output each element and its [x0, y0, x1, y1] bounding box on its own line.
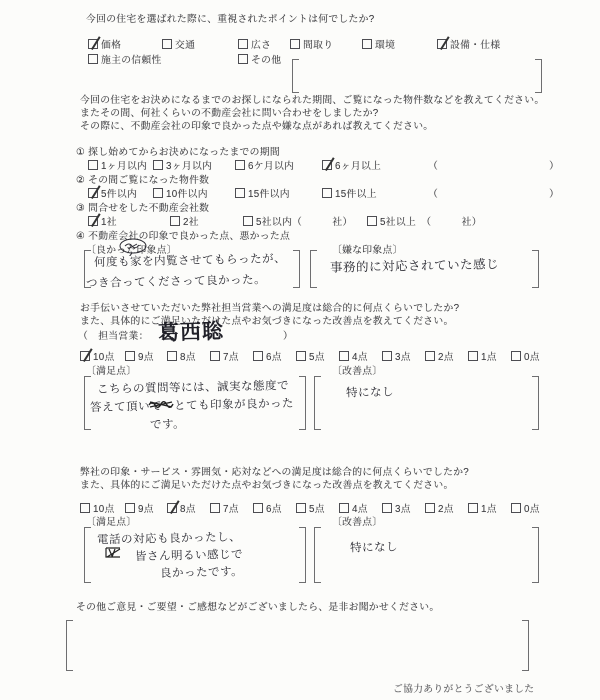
score-label: 8点 [180, 504, 196, 515]
checkbox-icon[interactable] [162, 39, 172, 49]
intro-line: お手伝いさせていただいた弊社担当営業への満足度は総合的に何点くらいでしたか? [80, 300, 459, 314]
option-label: 6ヶ月以上 [335, 161, 381, 172]
score-label: 3点 [395, 352, 411, 363]
option-price[interactable]: 価格 [88, 37, 121, 51]
score-label: 2点 [438, 504, 454, 515]
score-4[interactable]: 4点 [339, 349, 368, 363]
score-9[interactable]: 9点 [125, 349, 154, 363]
score-5[interactable]: 5点 [296, 349, 325, 363]
option-label: 間取り [303, 40, 333, 51]
checkbox-icon[interactable] [253, 351, 263, 361]
fill-in-paren: （ ） [428, 186, 559, 200]
score-label: 10点 [93, 352, 115, 363]
checkbox-icon[interactable] [382, 503, 392, 513]
thanks-note: ご協力ありがとうございました [393, 681, 534, 695]
option-2companies[interactable]: 2社 [170, 214, 199, 228]
other-comment-box[interactable] [292, 59, 542, 93]
intro-line: またその間、何社くらいの不動産会社に問い合わせをしましたか? [80, 105, 379, 119]
handwritten-satisfaction: です。 [150, 416, 185, 433]
survey-scan-page: 今回の住宅を選ばれた際に、重視されたポイントは何でしたか? 価格 交通 広さ 間… [0, 0, 600, 700]
handwritten-satisfaction: 電話の対応も良かったし、 [97, 528, 241, 547]
score-label: 7点 [223, 504, 239, 515]
score-label: 3点 [395, 504, 411, 515]
checkbox-icon[interactable] [167, 503, 177, 513]
checkbox-icon[interactable] [210, 503, 220, 513]
checkbox-icon[interactable] [170, 216, 180, 226]
inserted-note-scribble [118, 238, 148, 256]
score-2[interactable]: 2点 [425, 501, 454, 515]
option-10properties[interactable]: 10件以内 [153, 186, 208, 200]
question-housing-points: 今回の住宅を選ばれた際に、重視されたポイントは何でしたか? [86, 11, 374, 25]
option-3months[interactable]: 3ヶ月以内 [153, 158, 212, 172]
score-3[interactable]: 3点 [382, 349, 411, 363]
handwritten-satisfaction: 皆さん明るい感じで [135, 546, 243, 564]
satisfaction-label: 〔満足点〕 [86, 363, 136, 377]
subquestion-companies-title: ③ 問合せをした不動産会社数 [76, 200, 209, 214]
checkbox-icon[interactable] [88, 54, 98, 64]
score-label: 4点 [352, 352, 368, 363]
checkbox-icon[interactable] [382, 351, 392, 361]
option-label: その他 [251, 55, 281, 66]
rep-name-prefix: （ 担当営業： [78, 328, 149, 342]
intro-line: また、具体的にご満足いただけた点やお気づきになった改善点を教えてください。 [80, 313, 454, 327]
option-label: 1ヶ月以内 [101, 161, 147, 172]
checkbox-icon[interactable] [425, 351, 435, 361]
checkbox-icon[interactable] [322, 188, 332, 198]
score-label: 2点 [438, 352, 454, 363]
checkbox-icon[interactable] [167, 351, 177, 361]
checkbox-icon[interactable] [290, 39, 300, 49]
option-label: 価格 [101, 40, 121, 51]
checkbox-icon[interactable] [80, 503, 90, 513]
score-8[interactable]: 8点 [167, 349, 196, 363]
other-comments-box[interactable] [66, 620, 529, 671]
checkbox-icon[interactable] [339, 351, 349, 361]
score-0[interactable]: 0点 [511, 349, 540, 363]
option-over-6months[interactable]: 6ヶ月以上 [322, 158, 381, 172]
option-1company[interactable]: 1社 [88, 214, 117, 228]
option-label: 2社 [183, 217, 199, 228]
satisfaction-label: 〔満足点〕 [86, 514, 136, 528]
checkbox-icon[interactable] [238, 39, 248, 49]
option-6months[interactable]: 6ケ月以内 [235, 158, 294, 172]
score-0[interactable]: 0点 [511, 501, 540, 515]
checkbox-icon[interactable] [153, 188, 163, 198]
option-label: 交通 [175, 40, 195, 51]
checkbox-icon[interactable] [235, 160, 245, 170]
score-7[interactable]: 7点 [210, 501, 239, 515]
option-owner-trust[interactable]: 施主の信頼性 [88, 52, 162, 66]
checkbox-icon[interactable] [362, 39, 372, 49]
checkbox-icon[interactable] [153, 160, 163, 170]
checkbox-icon[interactable] [88, 39, 98, 49]
option-label: 10件以内 [166, 189, 208, 200]
checkbox-icon[interactable] [238, 54, 248, 64]
handwritten-improvement: 特になし [350, 538, 398, 555]
subquestion-impressions-title: ④ 不動産会社の印象で良かった点、悪かった点 [76, 228, 290, 242]
handwritten-improvement: 特になし [346, 383, 394, 400]
intro-line: 今回の住宅をお決めになるまでのお探しになられた期間、ご覧になった物件数などを教え… [80, 92, 544, 106]
checkbox-icon[interactable] [322, 160, 332, 170]
checkbox-icon[interactable] [243, 216, 253, 226]
score-3[interactable]: 3点 [382, 501, 411, 515]
option-over-5companies[interactable]: 5社以上 （ 社） [367, 214, 482, 228]
score-6[interactable]: 6点 [253, 349, 282, 363]
checkbox-icon[interactable] [468, 503, 478, 513]
checkbox-icon[interactable] [437, 39, 447, 49]
score-1[interactable]: 1点 [468, 349, 497, 363]
option-label: 15件以内 [248, 189, 290, 200]
score-9[interactable]: 9点 [125, 501, 154, 515]
score-label: 0点 [524, 352, 540, 363]
option-label: 6ケ月以内 [248, 161, 294, 172]
option-label: 5社以内（ 社） [256, 217, 353, 228]
crossed-out-scribble [104, 546, 122, 559]
score-6[interactable]: 6点 [253, 501, 282, 515]
improvement-label: 〔改善点〕 [332, 363, 382, 377]
fill-in-paren: （ ） [428, 158, 559, 172]
option-15properties[interactable]: 15件以内 [235, 186, 290, 200]
checkbox-icon[interactable] [125, 351, 135, 361]
score-10[interactable]: 10点 [80, 501, 115, 515]
checkbox-icon[interactable] [235, 188, 245, 198]
intro-line: 弊社の印象・サービス・雰囲気・応対などへの満足度は総合的に何点くらいでしたか? [80, 464, 469, 478]
checkbox-icon[interactable] [511, 351, 521, 361]
option-1month[interactable]: 1ヶ月以内 [88, 158, 147, 172]
option-label: 広さ [251, 40, 271, 51]
option-transport[interactable]: 交通 [162, 37, 195, 51]
checkbox-icon[interactable] [80, 351, 90, 361]
checkbox-icon[interactable] [296, 503, 306, 513]
score-label: 0点 [524, 504, 540, 515]
improvement-label: 〔改善点〕 [332, 514, 382, 528]
checkbox-icon[interactable] [468, 351, 478, 361]
score-4[interactable]: 4点 [339, 501, 368, 515]
score-label: 9点 [138, 352, 154, 363]
option-over-15properties[interactable]: 15件以上 [322, 186, 377, 200]
score-label: 9点 [138, 504, 154, 515]
option-other[interactable]: その他 [238, 52, 281, 66]
improvement-comment-box[interactable] [314, 527, 539, 583]
score-label: 6点 [266, 352, 282, 363]
option-environment[interactable]: 環境 [362, 37, 395, 51]
score-10[interactable]: 10点 [80, 349, 115, 363]
checkbox-icon[interactable] [210, 351, 220, 361]
subquestion-period-title: ① 探し始めてからお決めになったまでの期間 [76, 144, 280, 158]
rep-name-suffix: ） [283, 328, 293, 342]
option-label: 設備・仕様 [450, 40, 500, 51]
option-label: 施主の信頼性 [101, 55, 162, 66]
score-1[interactable]: 1点 [468, 501, 497, 515]
option-floorplan[interactable]: 間取り [290, 37, 333, 51]
score-label: 1点 [481, 504, 497, 515]
score-label: 6点 [266, 504, 282, 515]
checkbox-icon[interactable] [511, 503, 521, 513]
option-label: 5件以内 [101, 189, 137, 200]
other-comments-prompt: その他ご意見・ご要望・ご感想などがございましたら、是非お聞かせください。 [76, 599, 440, 613]
crossed-out-scribble [148, 399, 174, 410]
option-label: 5社以上 （ 社） [380, 217, 482, 228]
checkbox-icon[interactable] [339, 503, 349, 513]
checkbox-icon[interactable] [367, 216, 377, 226]
checkbox-icon[interactable] [253, 503, 263, 513]
handwritten-rep-name: 葛西聡 [157, 315, 224, 347]
option-size[interactable]: 広さ [238, 37, 271, 51]
option-label: 15件以上 [335, 189, 377, 200]
score-7[interactable]: 7点 [210, 349, 239, 363]
option-5companies[interactable]: 5社以内（ 社） [243, 214, 353, 228]
score-label: 1点 [481, 352, 497, 363]
score-label: 7点 [223, 352, 239, 363]
option-5properties[interactable]: 5件以内 [88, 186, 137, 200]
checkbox-icon[interactable] [125, 503, 135, 513]
score-2[interactable]: 2点 [425, 349, 454, 363]
score-label: 5点 [309, 352, 325, 363]
checkbox-icon[interactable] [425, 503, 435, 513]
score-label: 8点 [180, 352, 196, 363]
checkbox-icon[interactable] [296, 351, 306, 361]
score-8[interactable]: 8点 [167, 501, 196, 515]
checkbox-icon[interactable] [88, 216, 98, 226]
subquestion-properties-title: ② その間ご覧になった物件数 [76, 172, 209, 186]
intro-line: また、具体的にご満足いただけた点やお気づきになった改善点を教えてください。 [80, 477, 454, 491]
option-equipment[interactable]: 設備・仕様 [437, 37, 500, 51]
intro-line: その際に、不動産会社の印象で良かった点や嫌な点があれば教えてください。 [80, 118, 433, 132]
handwritten-satisfaction: 良かったです。 [160, 563, 243, 581]
option-label: 1社 [101, 217, 117, 228]
score-5[interactable]: 5点 [296, 501, 325, 515]
checkbox-icon[interactable] [88, 188, 98, 198]
handwritten-bad-impression: 事務的に対応されていた感じ [330, 254, 499, 276]
checkbox-icon[interactable] [88, 160, 98, 170]
option-label: 3ヶ月以内 [166, 161, 212, 172]
score-label: 5点 [309, 504, 325, 515]
option-label: 環境 [375, 40, 395, 51]
